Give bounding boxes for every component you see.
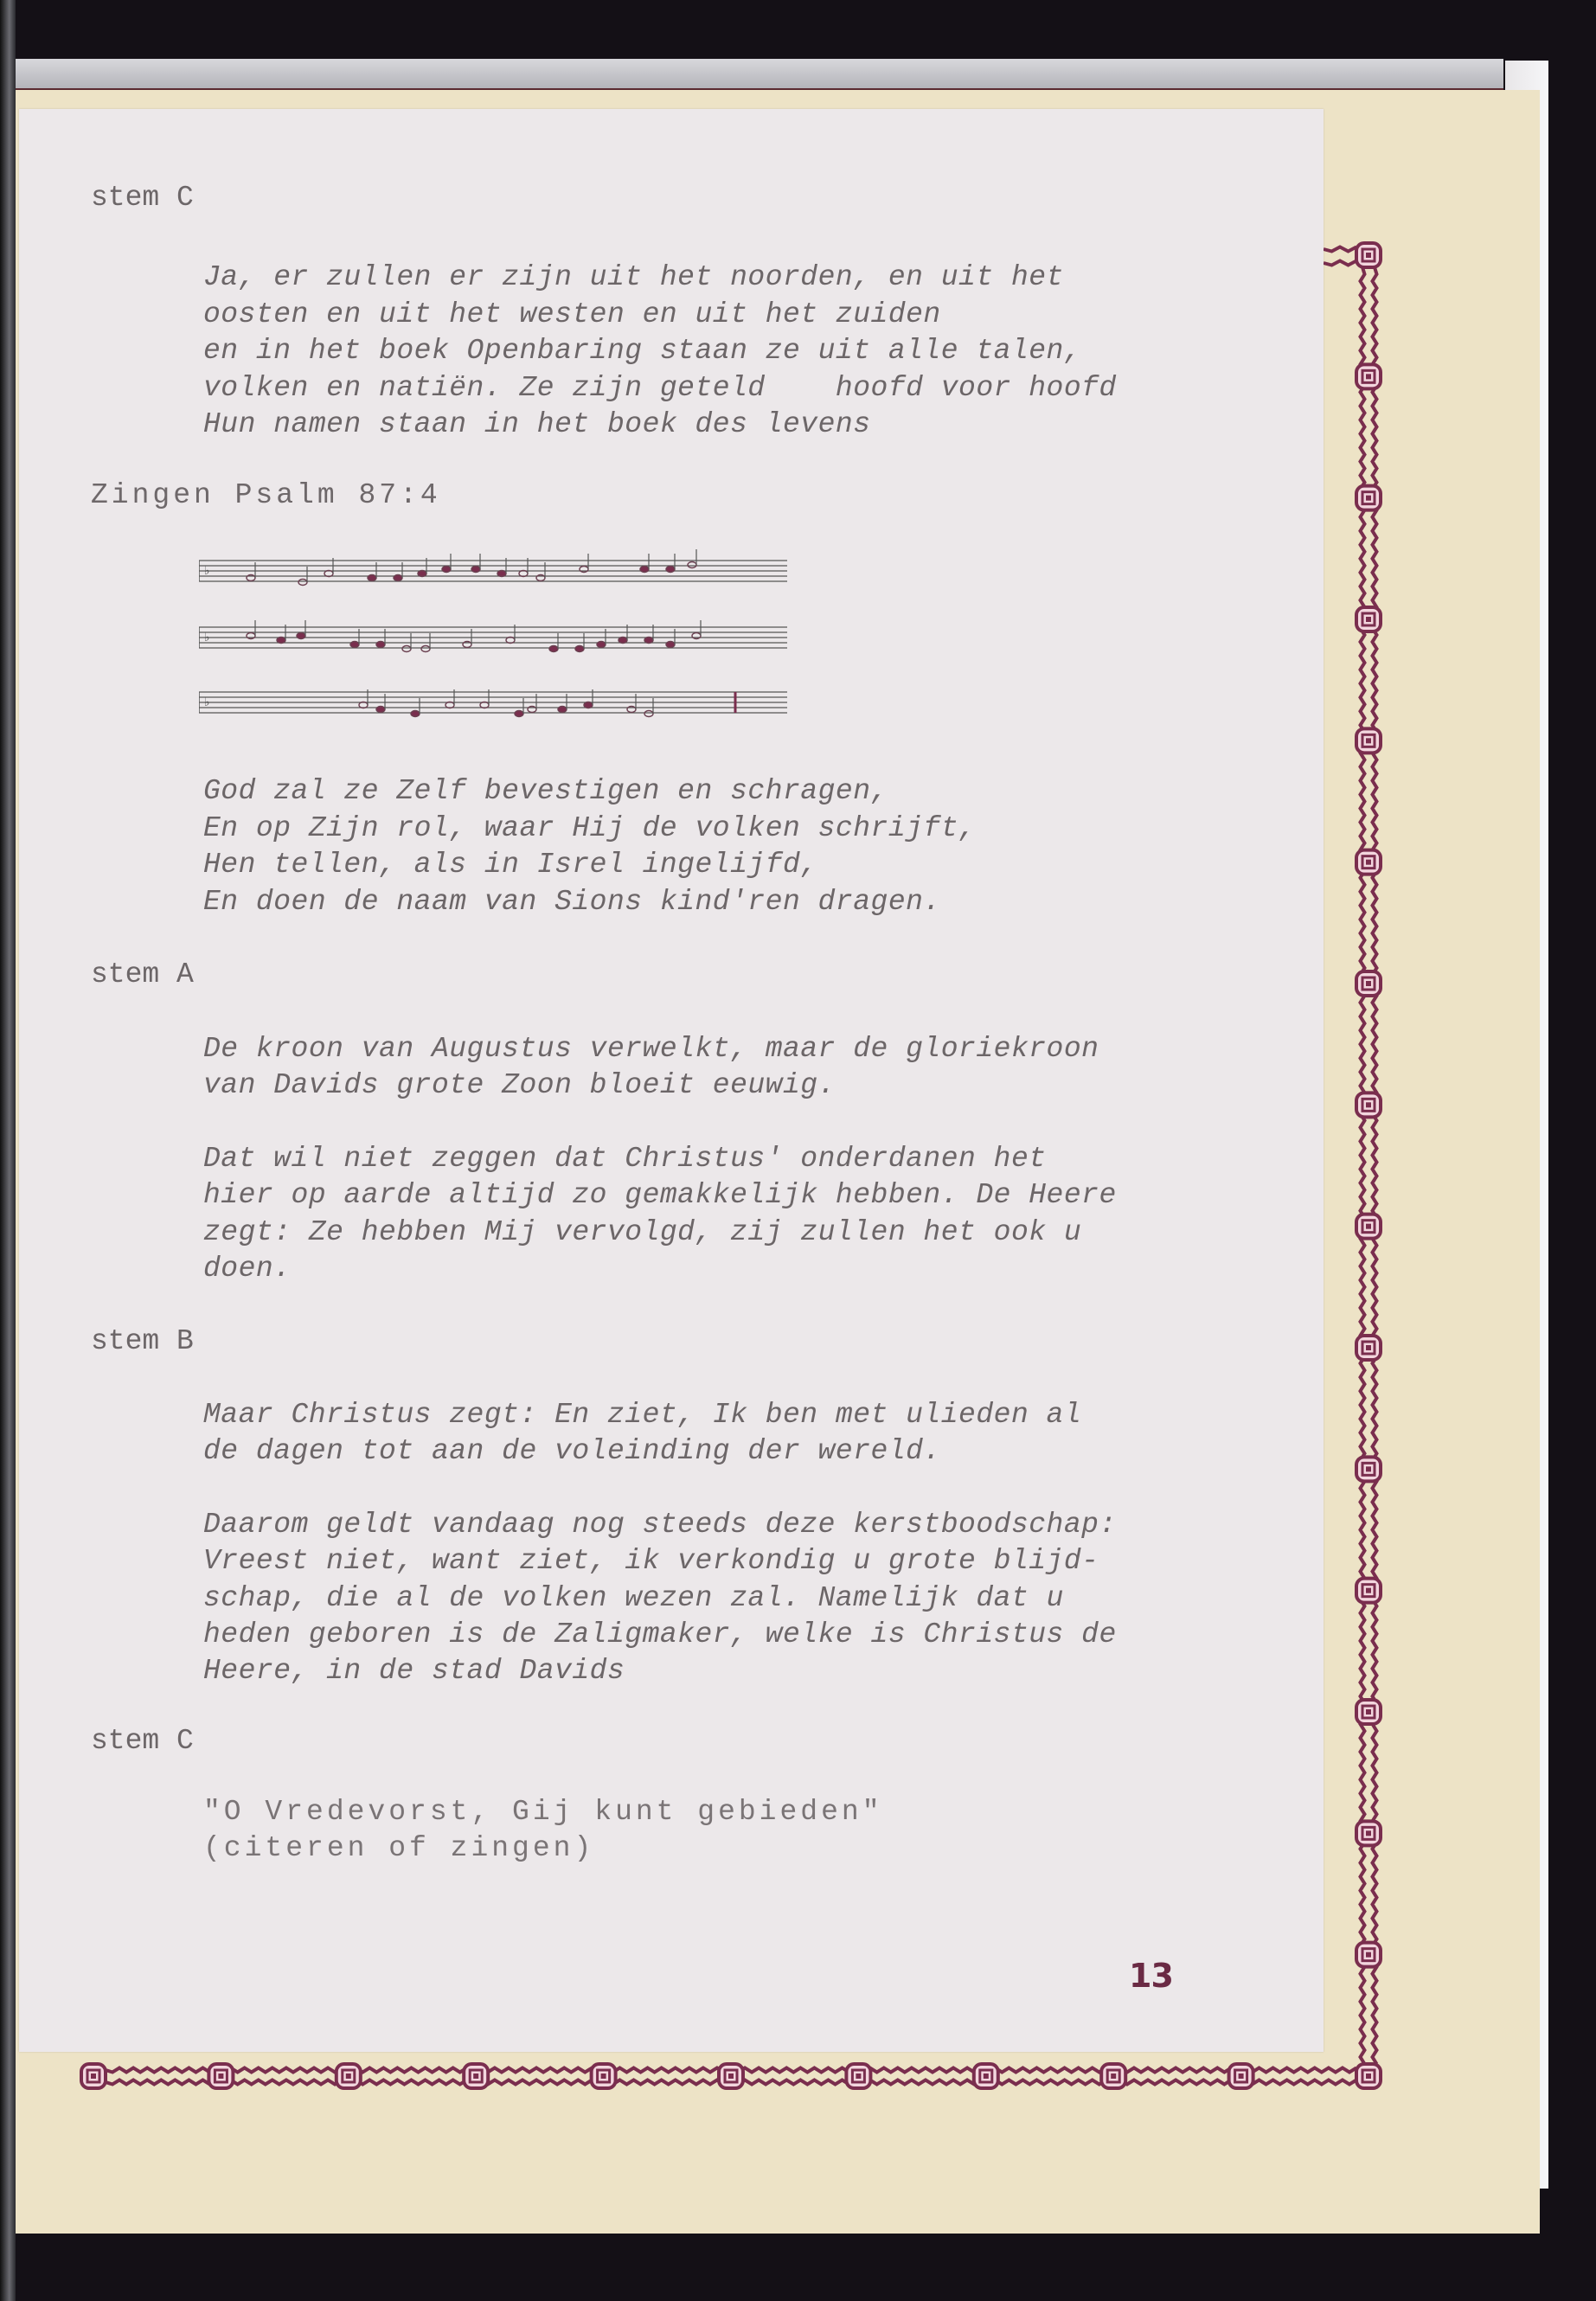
text-line: Heere, in de stad Davids [203,1657,625,1685]
speaker-label: stem C [91,183,194,212]
speaker-label: stem C [91,1727,194,1755]
music-notation: ♭♭♭ [199,545,960,718]
page-number: 13 [1129,1957,1173,1995]
text-line: zegt: Ze hebben Mij vervolgd, zij zullen… [203,1218,1081,1247]
text-line: doen. [203,1254,292,1283]
svg-text:♭: ♭ [204,564,210,578]
text-line: volken en natiën. Ze zijn geteld hoofd v… [203,374,1117,402]
lyric-line: En doen de naam van Sions kind'ren drage… [203,888,941,916]
song-instruction: (citeren of zingen) [203,1834,594,1862]
text-line: hier op aarde altijd zo gemakkelijk hebb… [203,1181,1117,1209]
speaker-label: stem B [91,1327,194,1356]
text-line: en in het boek Openbaring staan ze uit a… [203,336,1081,365]
svg-text:♭: ♭ [204,631,210,644]
psalm-heading: Zingen Psalm 87:4 [91,481,441,510]
text-line: de dagen tot aan de voleinding der werel… [203,1437,941,1465]
speaker-label: stem A [91,960,194,989]
text-line: Daarom geldt vandaag nog steeds deze ker… [203,1510,1117,1539]
text-line: oosten en uit het westen en uit het zuid… [203,300,941,329]
text-line: Maar Christus zegt: En ziet, Ik ben met … [203,1400,1081,1429]
song-title: "O Vredevorst, Gij kunt gebieden" [203,1798,883,1826]
text-line: Ja, er zullen er zijn uit het noorden, e… [203,263,1064,292]
svg-text:♭: ♭ [204,695,210,709]
lyric-line: En op Zijn rol, waar Hij de volken schri… [203,814,976,843]
text-line: Vreest niet, want ziet, ik verkondig u g… [203,1547,1099,1575]
text-line: De kroon van Augustus verwelkt, maar de … [203,1035,1099,1063]
lyric-line: God zal ze Zelf bevestigen en schragen, [203,777,888,805]
text-line: schap, die al de volken wezen zal. Namel… [203,1584,1064,1612]
text-line: Dat wil niet zeggen dat Christus' onderd… [203,1144,1047,1173]
text-line: heden geboren is de Zaligmaker, welke is… [203,1620,1117,1649]
text-line: Hun namen staan in het boek des levens [203,410,871,439]
text-line: van Davids grote Zoon bloeit eeuwig. [203,1071,836,1099]
lyric-line: Hen tellen, als in Isrel ingelijfd, [203,850,818,879]
